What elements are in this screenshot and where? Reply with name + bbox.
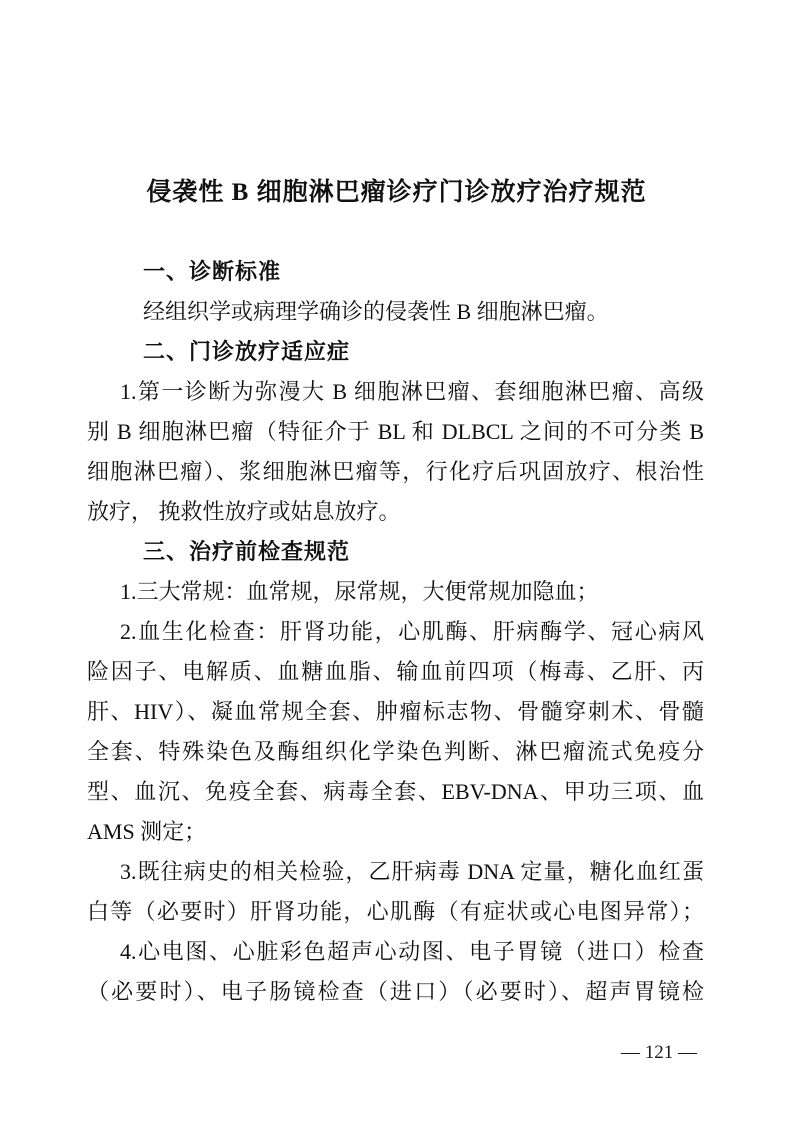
doc-line: 3.既往病史的相关检验，乙肝病毒 DNA 定量，糖化血红蛋	[87, 852, 704, 892]
doc-line: 肝、HIV）、凝血常规全套、肿瘤标志物、骨髓穿刺术、骨髓	[87, 692, 704, 732]
doc-line: 经组织学或病理学确诊的侵袭性 B 细胞淋巴瘤。	[87, 292, 704, 332]
page-number: — 121 —	[0, 1040, 793, 1066]
doc-line: 别 B 细胞淋巴瘤（特征介于 BL 和 DLBCL 之间的不可分类 B	[87, 412, 704, 452]
document-title: 侵袭性 B 细胞淋巴瘤诊疗门诊放疗治疗规范	[0, 174, 793, 212]
doc-line: 1.三大常规：血常规，尿常规，大便常规加隐血；	[87, 572, 704, 612]
document-page: 侵袭性 B 细胞淋巴瘤诊疗门诊放疗治疗规范 一、诊断标准 经组织学或病理学确诊的…	[0, 0, 793, 1122]
section-heading-1: 一、诊断标准	[87, 252, 704, 292]
section-heading-3: 三、治疗前检查规范	[87, 532, 704, 572]
doc-line: 细胞淋巴瘤）、浆细胞淋巴瘤等，行化疗后巩固放疗、根治性	[87, 452, 704, 492]
doc-line: 2.血生化检查：肝肾功能，心肌酶、肝病酶学、冠心病风	[87, 612, 704, 652]
doc-line: 放疗， 挽救性放疗或姑息放疗。	[87, 492, 704, 532]
doc-line: 险因子、电解质、血糖血脂、输血前四项（梅毒、乙肝、丙	[87, 652, 704, 692]
doc-line: 4.心电图、心脏彩色超声心动图、电子胃镜（进口）检查	[87, 932, 704, 972]
doc-line: （必要时）、电子肠镜检查（进口）（必要时）、超声胃镜检	[87, 972, 704, 1012]
doc-line: 全套、特殊染色及酶组织化学染色判断、淋巴瘤流式免疫分	[87, 732, 704, 772]
section-heading-2: 二、门诊放疗适应症	[87, 332, 704, 372]
doc-line: 1.第一诊断为弥漫大 B 细胞淋巴瘤、套细胞淋巴瘤、高级	[87, 372, 704, 412]
doc-line: 白等（必要时）肝肾功能，心肌酶（有症状或心电图异常）；	[87, 892, 704, 932]
doc-line: AMS 测定；	[87, 812, 704, 852]
doc-line: 型、血沉、免疫全套、病毒全套、EBV-DNA、甲功三项、血	[87, 772, 704, 812]
document-body: 一、诊断标准 经组织学或病理学确诊的侵袭性 B 细胞淋巴瘤。 二、门诊放疗适应症…	[87, 252, 704, 1012]
